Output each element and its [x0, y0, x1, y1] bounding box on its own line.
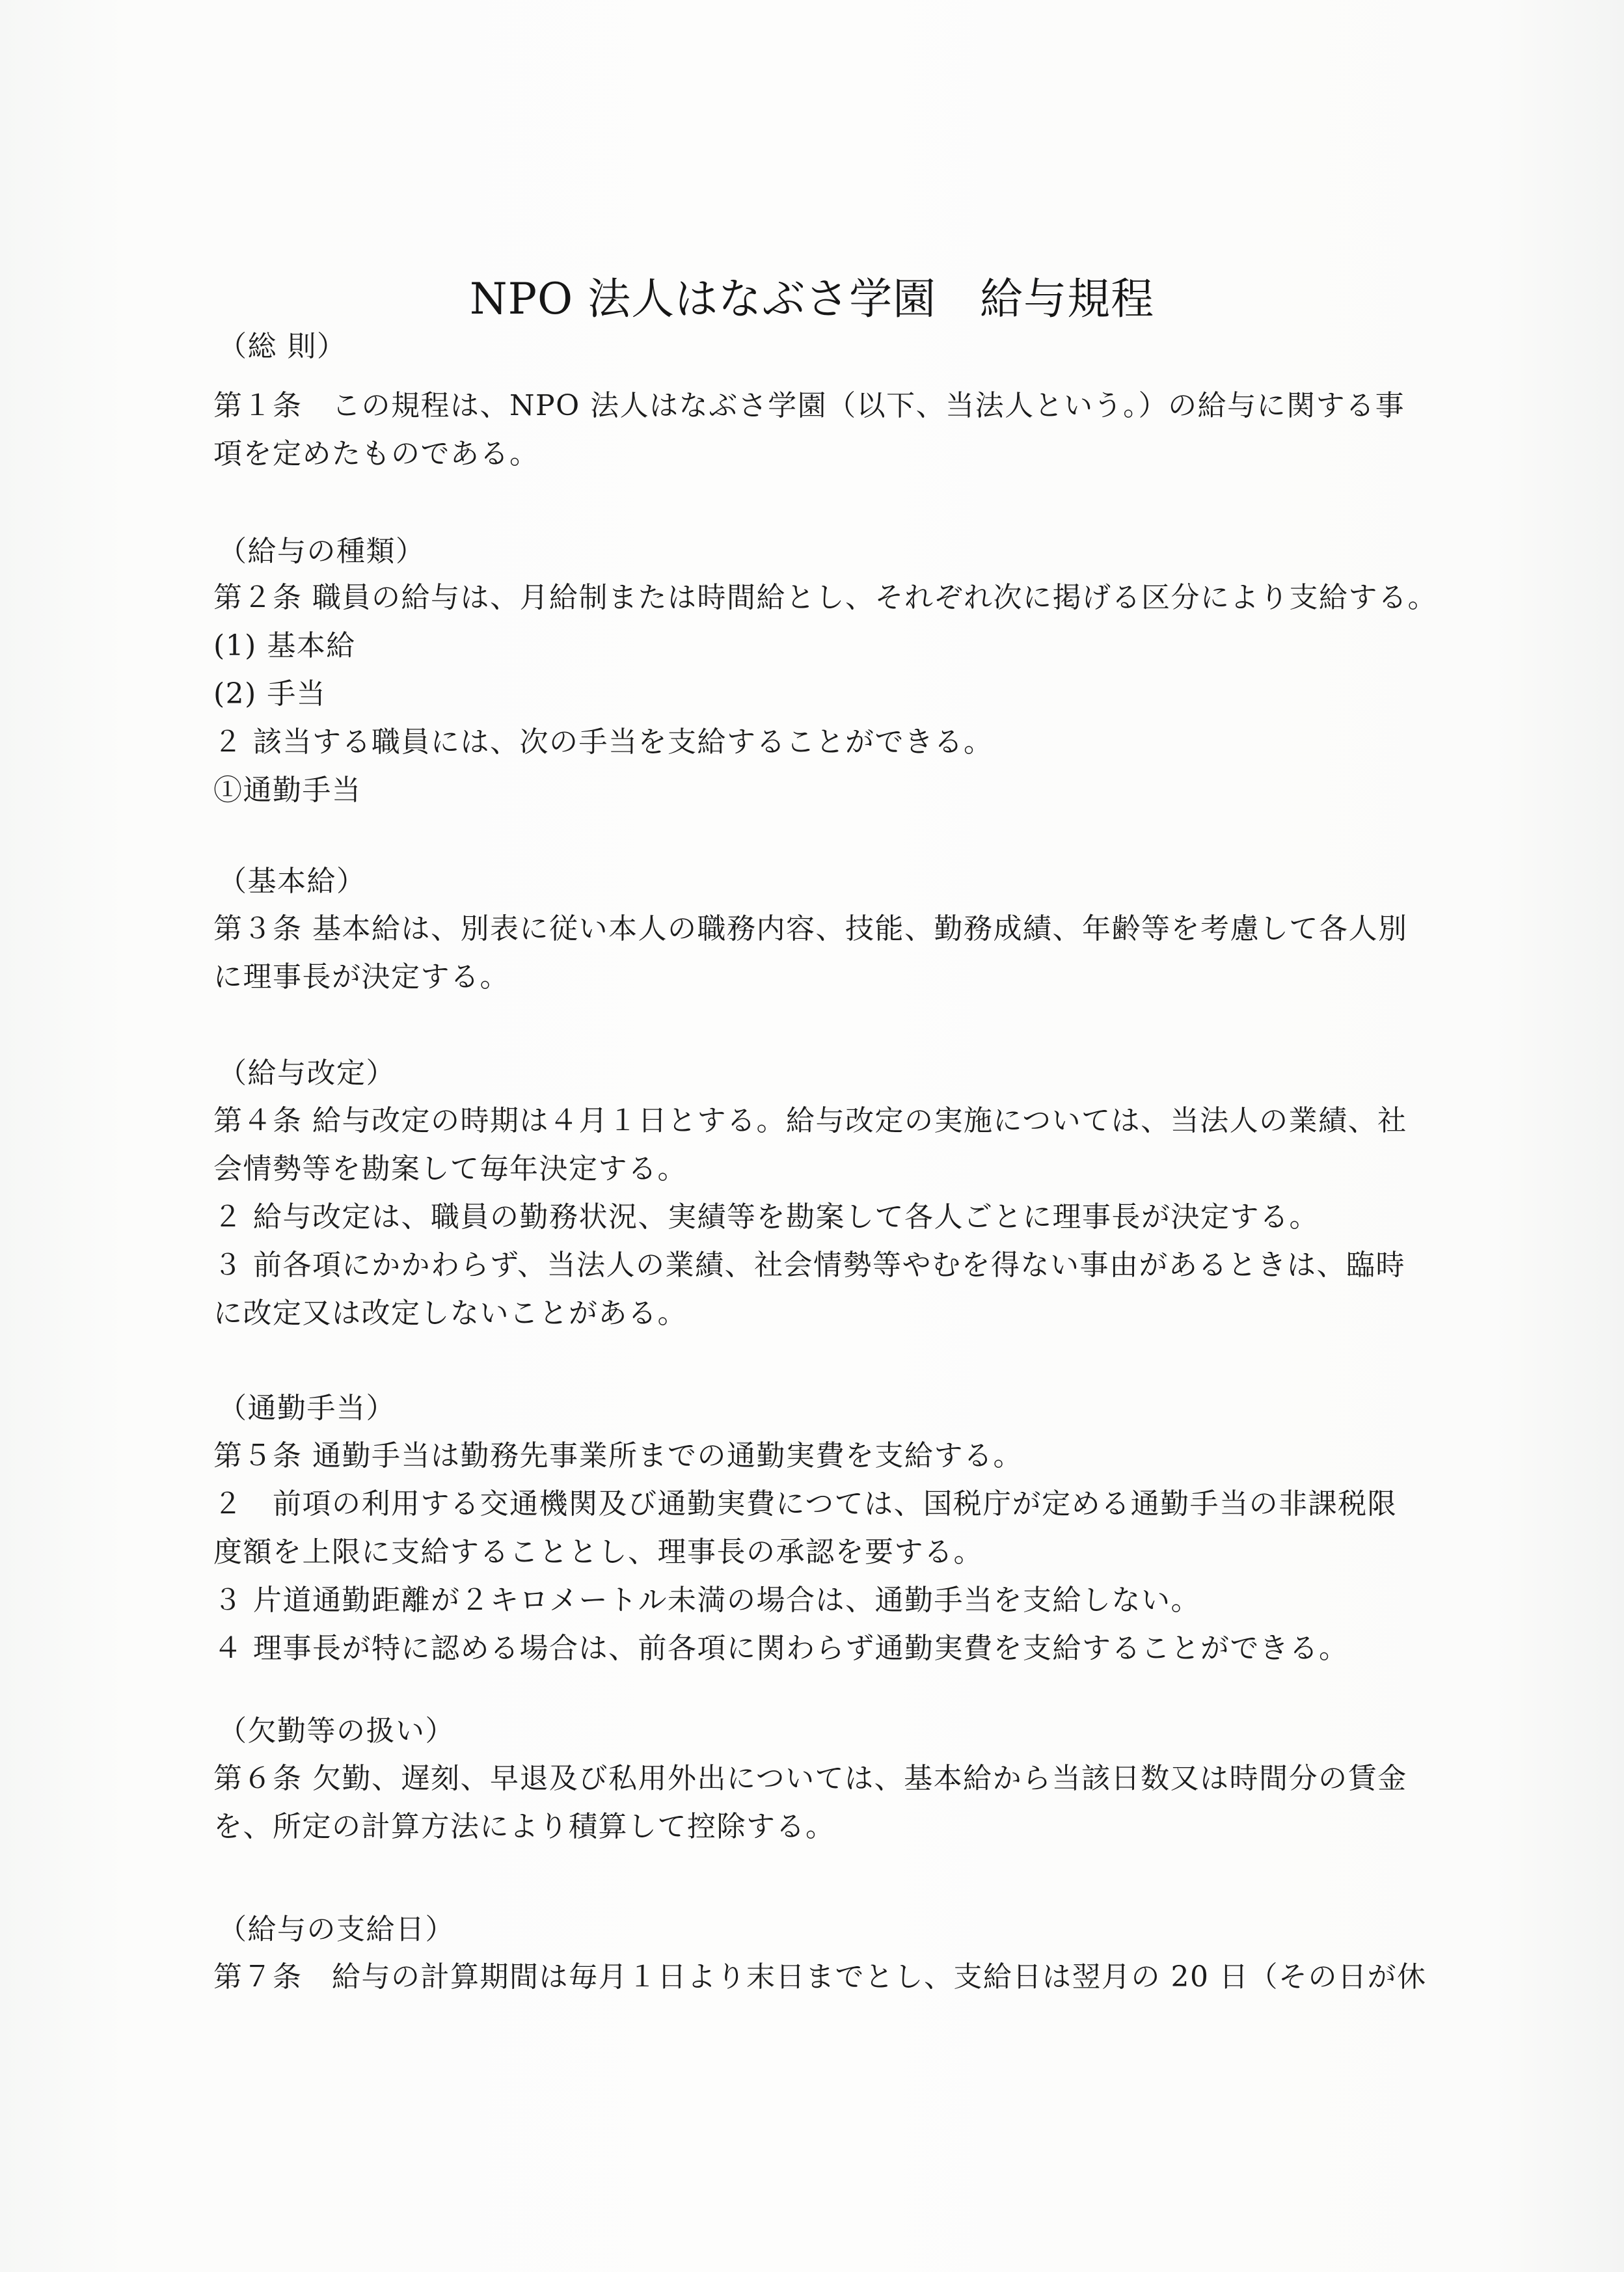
scanned-page: NPO 法人はなぶさ学園 給与規程 （総 則） 第１条 この規程は、NPO 法人… — [0, 0, 1624, 2272]
article-4-paragraph-2: ２ 給与改定は、職員の勤務状況、実績等を勘案して各人ごとに理事長が決定する。 — [213, 1198, 1319, 1237]
article-5-paragraph-3: ３ 片道通勤距離が２キロメートル未満の場合は、通勤手当を支給しない。 — [213, 1581, 1200, 1620]
article-5-paragraph-2-line-1: ２ 前項の利用する交通機関及び通勤実費につては、国税庁が定める通勤手当の非課税限 — [213, 1485, 1397, 1524]
article-4-line-2: 会情勢等を勘案して毎年決定する。 — [213, 1150, 687, 1189]
document-title: NPO 法人はなぶさ学園 給与規程 — [0, 268, 1624, 331]
section-heading-salary-types: （給与の種類） — [218, 532, 426, 571]
section-heading-general: （総 則） — [218, 327, 347, 366]
article-4-paragraph-3-line-2: に改定又は改定しないことがある。 — [213, 1294, 687, 1333]
article-2-item-2: (2) 手当 — [213, 675, 326, 714]
article-2-allowance-1: ①通勤手当 — [213, 771, 362, 810]
article-5-paragraph-2-line-2: 度額を上限に支給することとし、理事長の承認を要する。 — [213, 1533, 983, 1572]
section-heading-payment-date: （給与の支給日） — [218, 1910, 455, 1949]
article-3-line-2: に理事長が決定する。 — [213, 958, 509, 997]
section-heading-salary-revision: （給与改定） — [218, 1054, 396, 1093]
article-3-line-1: 第３条 基本給は、別表に従い本人の職務内容、技能、勤務成績、年齢等を考慮して各人… — [213, 910, 1407, 949]
article-6-line-1: 第６条 欠勤、遅刻、早退及び私用外出については、基本給から当該日数又は時間分の賃… — [213, 1759, 1407, 1798]
section-heading-commuting-allowance: （通勤手当） — [218, 1389, 396, 1428]
article-7-line-1: 第７条 給与の計算期間は毎月１日より末日までとし、支給日は翌月の 20 日（その… — [213, 1958, 1426, 1997]
article-2-paragraph-2: ２ 該当する職員には、次の手当を支給することができる。 — [213, 723, 993, 762]
article-2-line-1: 第２条 職員の給与は、月給制または時間給とし、それぞれ次に掲げる区分により支給す… — [213, 578, 1437, 617]
article-5-paragraph-4: ４ 理事長が特に認める場合は、前各項に関わらず通勤実費を支給することができる。 — [213, 1629, 1348, 1668]
article-1-line-1: 第１条 この規程は、NPO 法人はなぶさ学園（以下、当法人という。）の給与に関す… — [213, 386, 1405, 426]
article-1-line-2: 項を定めたものである。 — [213, 435, 539, 474]
article-4-line-1: 第４条 給与改定の時期は４月１日とする。給与改定の実施については、当法人の業績、… — [213, 1102, 1407, 1141]
article-4-paragraph-3-line-1: ３ 前各項にかかわらず、当法人の業績、社会情勢等やむを得ない事由があるときは、臨… — [213, 1246, 1405, 1285]
article-5-line-1: 第５条 通勤手当は勤務先事業所までの通勤実費を支給する。 — [213, 1437, 1023, 1476]
section-heading-base-salary: （基本給） — [218, 862, 366, 901]
article-6-line-2: を、所定の計算方法により積算して控除する。 — [213, 1807, 835, 1846]
article-2-item-1: (1) 基本給 — [213, 627, 356, 666]
section-heading-absence-handling: （欠勤等の扱い） — [218, 1712, 455, 1751]
